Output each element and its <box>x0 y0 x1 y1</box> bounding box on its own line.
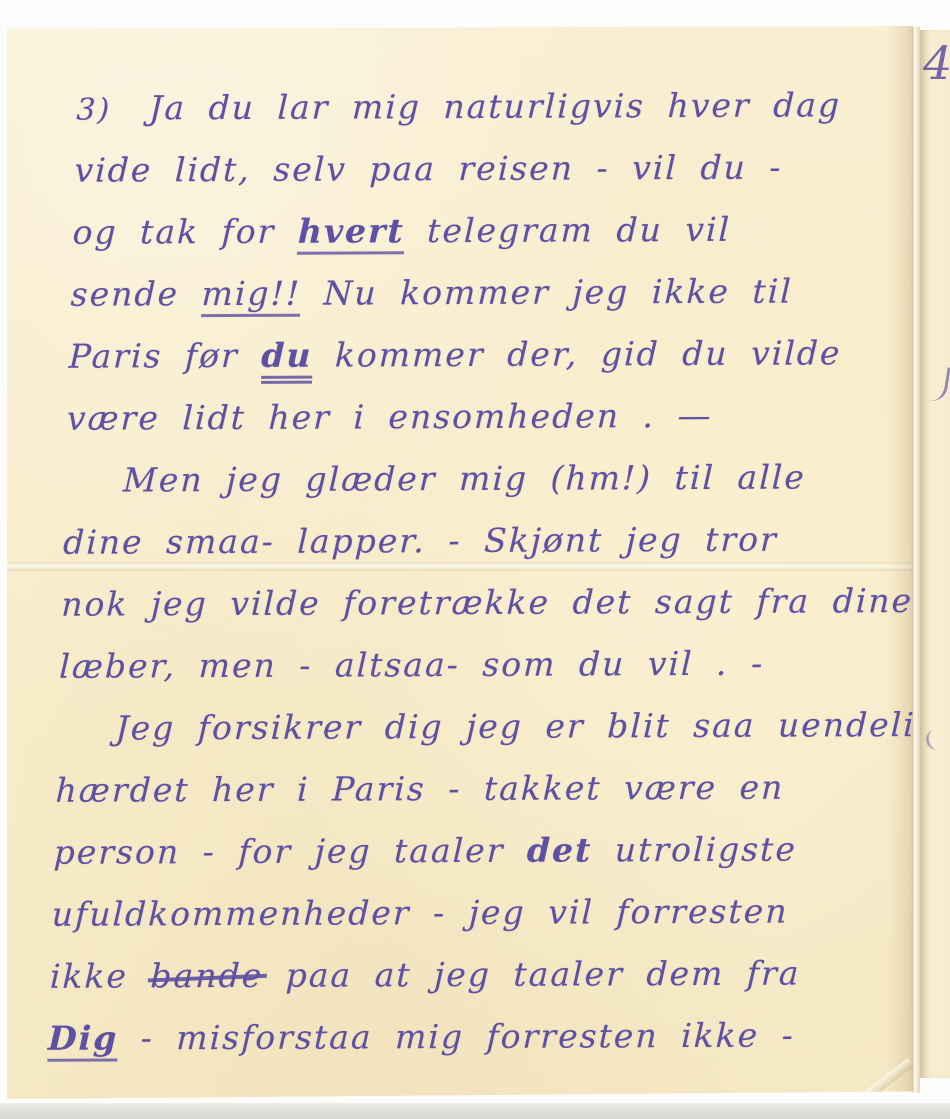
letter-line: Jeg forsikrer dig jeg er blit saa uendel… <box>115 694 883 759</box>
letter-line: og tak for hvert telegram du vil <box>72 198 898 264</box>
letter-line: Dig - misforstaa mig forresten ikke - <box>47 1004 873 1070</box>
line-text: ikke <box>49 956 151 995</box>
double-underlined-word: du <box>261 336 314 384</box>
letter-line: Paris før du kommer der, gid du vilde <box>68 322 894 388</box>
line-text: dine smaa- lapper. - Skjønt jeg tror <box>63 520 779 562</box>
line-text: ufuldkommenheder - jeg vil forresten <box>51 892 789 934</box>
ink-fragment <box>924 729 943 752</box>
underlined-word: Dig <box>47 1018 119 1061</box>
adjacent-page-number: 4 <box>923 36 950 90</box>
line-text: Men jeg glæder mig (hm!) til alle <box>123 457 807 499</box>
scanned-handwritten-letter: 3)Ja du lar mig naturligvis hver dag vid… <box>0 0 950 1119</box>
line-text: hærdet her i Paris - takket være en <box>55 768 785 810</box>
letter-line: nok jeg vilde foretrække det sagt fra di… <box>60 570 886 636</box>
line-text: Ja du lar mig naturligvis hver dag <box>149 85 842 127</box>
letter-line: ikke bande paa at jeg taaler dem fra <box>49 942 875 1008</box>
line-text: læber, men - altsaa- som du vil . - <box>59 644 765 686</box>
line-text: Nu kommer jeg ikke til <box>301 272 794 313</box>
line-text: være lidt her i ensomheden . — <box>66 396 713 438</box>
ink-fragment <box>926 365 950 404</box>
page-number: 3) <box>76 93 112 128</box>
line-text: vide lidt, selv paa reisen - vil du - <box>74 148 783 190</box>
letter-line: Men jeg glæder mig (hm!) til alle <box>122 446 890 511</box>
letter-line: læber, men - altsaa- som du vil . - <box>58 632 884 698</box>
letter-line: person - for jeg taaler det utroligste <box>53 818 879 884</box>
underlined-word: hvert <box>297 211 405 254</box>
line-text: Jeg forsikrer dig jeg er blit saa uendel… <box>115 705 940 748</box>
vertical-fold-crease <box>912 27 920 1093</box>
letter-line: være lidt her i ensomheden . — <box>66 384 892 450</box>
line-text: Paris før <box>68 336 262 376</box>
letter-line: ufuldkommenheder - jeg vil forresten <box>51 880 877 946</box>
letter-line: vide lidt, selv paa reisen - vil du - <box>74 136 900 202</box>
line-text: nok jeg vilde foretrække det sagt fra di… <box>61 581 914 624</box>
letter-line: hærdet her i Paris - takket være en <box>55 756 881 822</box>
underlined-word: mig!! <box>201 274 302 317</box>
line-text: telegram du vil <box>404 210 732 250</box>
scanner-background <box>0 1103 950 1119</box>
letter-page-3: 3)Ja du lar mig naturligvis hver dag vid… <box>7 26 913 1099</box>
handwritten-text: 3)Ja du lar mig naturligvis hver dag vid… <box>0 24 929 1070</box>
line-text: person - for jeg taaler <box>53 831 527 872</box>
line-text: paa at jeg taaler dem fra <box>263 954 801 995</box>
line-text: og tak for <box>72 212 298 252</box>
letter-line: dine smaa- lapper. - Skjønt jeg tror <box>62 508 888 574</box>
emphasized-word: det <box>526 830 593 869</box>
struck-through-word: bande <box>150 956 264 995</box>
line-text: sende <box>70 274 202 314</box>
letter-page-4-edge: 4 <box>920 30 950 1078</box>
letter-line: sende mig!! Nu kommer jeg ikke til <box>70 260 896 326</box>
letter-line: 3)Ja du lar mig naturligvis hver dag <box>76 74 902 140</box>
line-text: - misforstaa mig forresten ikke - <box>118 1016 796 1058</box>
line-text: utroligste <box>592 830 798 870</box>
line-text: kommer der, gid du vilde <box>312 333 842 374</box>
